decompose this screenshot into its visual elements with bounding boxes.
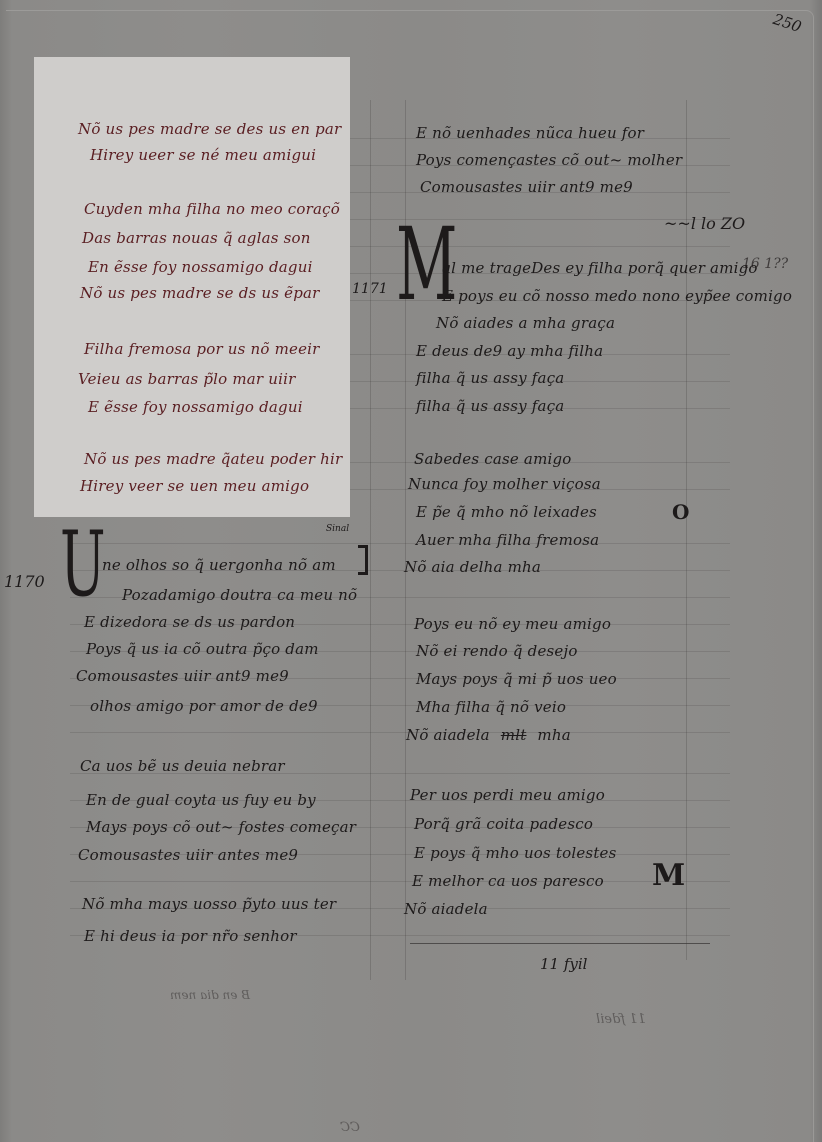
- verse-line: Comousastes uiir antes me9: [78, 846, 298, 864]
- verse-line: filha q̃ us assy faça: [416, 369, 564, 387]
- verse-line: Nõ aiadela mlt mha: [406, 726, 571, 744]
- verse-line: Nõ us pes madre se des us en par: [78, 118, 343, 137]
- verse-line: E p̃e q̃ mho nõ leixades: [416, 503, 597, 521]
- verse-line: Poys començastes cõ out~ molher: [416, 151, 682, 169]
- verse-line: Nunca foy molher viçosa: [408, 475, 601, 493]
- verse-line: Cuyden mha filha no meo coraçõ: [84, 200, 340, 218]
- verse-line: E poys q̃ mho uos tolestes: [414, 844, 617, 862]
- verse-line: Filha fremosa por us nõ meeir: [84, 340, 320, 358]
- margin-note: 16 1??: [742, 256, 788, 272]
- bottom-mark: 11 fyil: [540, 955, 587, 973]
- faint-note: B en dia nem: [170, 988, 250, 1002]
- verse-line: Pozadamigo doutra ca meu nõ: [122, 586, 357, 604]
- margin-number-1171: 1171: [352, 281, 388, 297]
- margin-bracket: [358, 545, 368, 575]
- verse-line: al me trageDes ey filha porq̃ quer amigo: [442, 259, 758, 277]
- verse-line: E poys eu cõ nosso medo nono eyp̃ee comi…: [442, 287, 792, 305]
- faint-note: CC: [340, 1120, 360, 1135]
- verse-line: ne olhos so q̃ uergonha nõ am: [102, 556, 336, 574]
- verse-line: E melhor ca uos paresco: [412, 872, 604, 890]
- manuscript-page: 250 Nõ us pes madre se des us en par Hir…: [0, 0, 822, 1142]
- marginal-letter-m: M: [652, 858, 685, 893]
- verse-line: Nõ ei rendo q̃ desejo: [416, 642, 578, 660]
- verse-line: Nõ aia delha mha: [404, 558, 541, 576]
- verse-line: Poys q̃ us ia cõ outra p̃ço dam: [86, 640, 319, 658]
- verse-line: Comousastes uiir ant9 me9: [420, 178, 633, 196]
- verse-line: Mays poys q̃ mi p̃ uos ueo: [416, 670, 617, 688]
- verse-line: Sabedes case amigo: [414, 450, 572, 468]
- verse-line: filha q̃ us assy faça: [416, 397, 564, 415]
- verse-line: Nõ mha mays uosso p̃yto uus ter: [82, 895, 336, 913]
- verse-line: Hirey ueer se né meu amigui: [90, 146, 316, 164]
- verse-line: Mha filha q̃ nõ veio: [416, 698, 566, 716]
- verse-text: Nõ aiadela: [406, 726, 490, 744]
- verse-line: Nõ aiadela: [404, 900, 488, 918]
- verse-text: mha: [537, 726, 570, 744]
- verse-line: Nõ aiades a mha graça: [436, 314, 615, 332]
- verse-line: E nõ uenhades nũca hueu for: [416, 124, 644, 142]
- verse-line: Auer mha filha fremosa: [416, 531, 599, 549]
- verse-line: Nõ us pes madre se ds us ẽpar: [80, 284, 320, 302]
- verse-line: Mays poys cõ out~ fostes começar: [86, 818, 356, 836]
- verse-line: Poys eu nõ ey meu amigo: [414, 615, 611, 633]
- verse-line: Nõ us pes madre q̃ateu poder hir: [84, 450, 342, 468]
- struck-word: mlt: [501, 726, 527, 744]
- verse-line: E ẽsse foy nossamigo dagui: [88, 398, 303, 416]
- verse-line: Comousastes uiir ant9 me9: [76, 667, 289, 685]
- margin-note: ~~l lo ZO: [664, 214, 745, 233]
- verse-line: Porq̃ grã coita padesco: [414, 815, 593, 833]
- verse-line: E hi deus ia por nr̃o senhor: [84, 927, 297, 945]
- verse-line: Hirey veer se uen meu amigo: [80, 477, 309, 495]
- verse-line: Das barras nouas q̃ aglas son: [82, 229, 311, 247]
- margin-number-1170: 1170: [4, 572, 45, 591]
- verse-line: Per uos perdi meu amigo: [410, 786, 605, 804]
- verse-line: En ẽsse foy nossamigo dagui: [88, 258, 313, 276]
- verse-line: En de gual coyta us fuy eu by: [86, 791, 316, 809]
- marginal-letter-o: O: [672, 500, 689, 524]
- verse-line: olhos amigo por amor de de9: [90, 697, 318, 715]
- verse-line: Veieu as barras p̃lo mar uiir: [78, 370, 295, 388]
- decorated-initial: U: [60, 520, 106, 610]
- verse-line: E dizedora se ds us pardon: [84, 613, 295, 631]
- faint-note: 11 fdeil: [596, 1012, 646, 1027]
- verse-line: Ca uos bẽ us deuia nebrar: [80, 757, 285, 775]
- margin-note-sinal: Sinal: [326, 524, 349, 534]
- verse-line: E deus de9 ay mha filha: [416, 342, 603, 360]
